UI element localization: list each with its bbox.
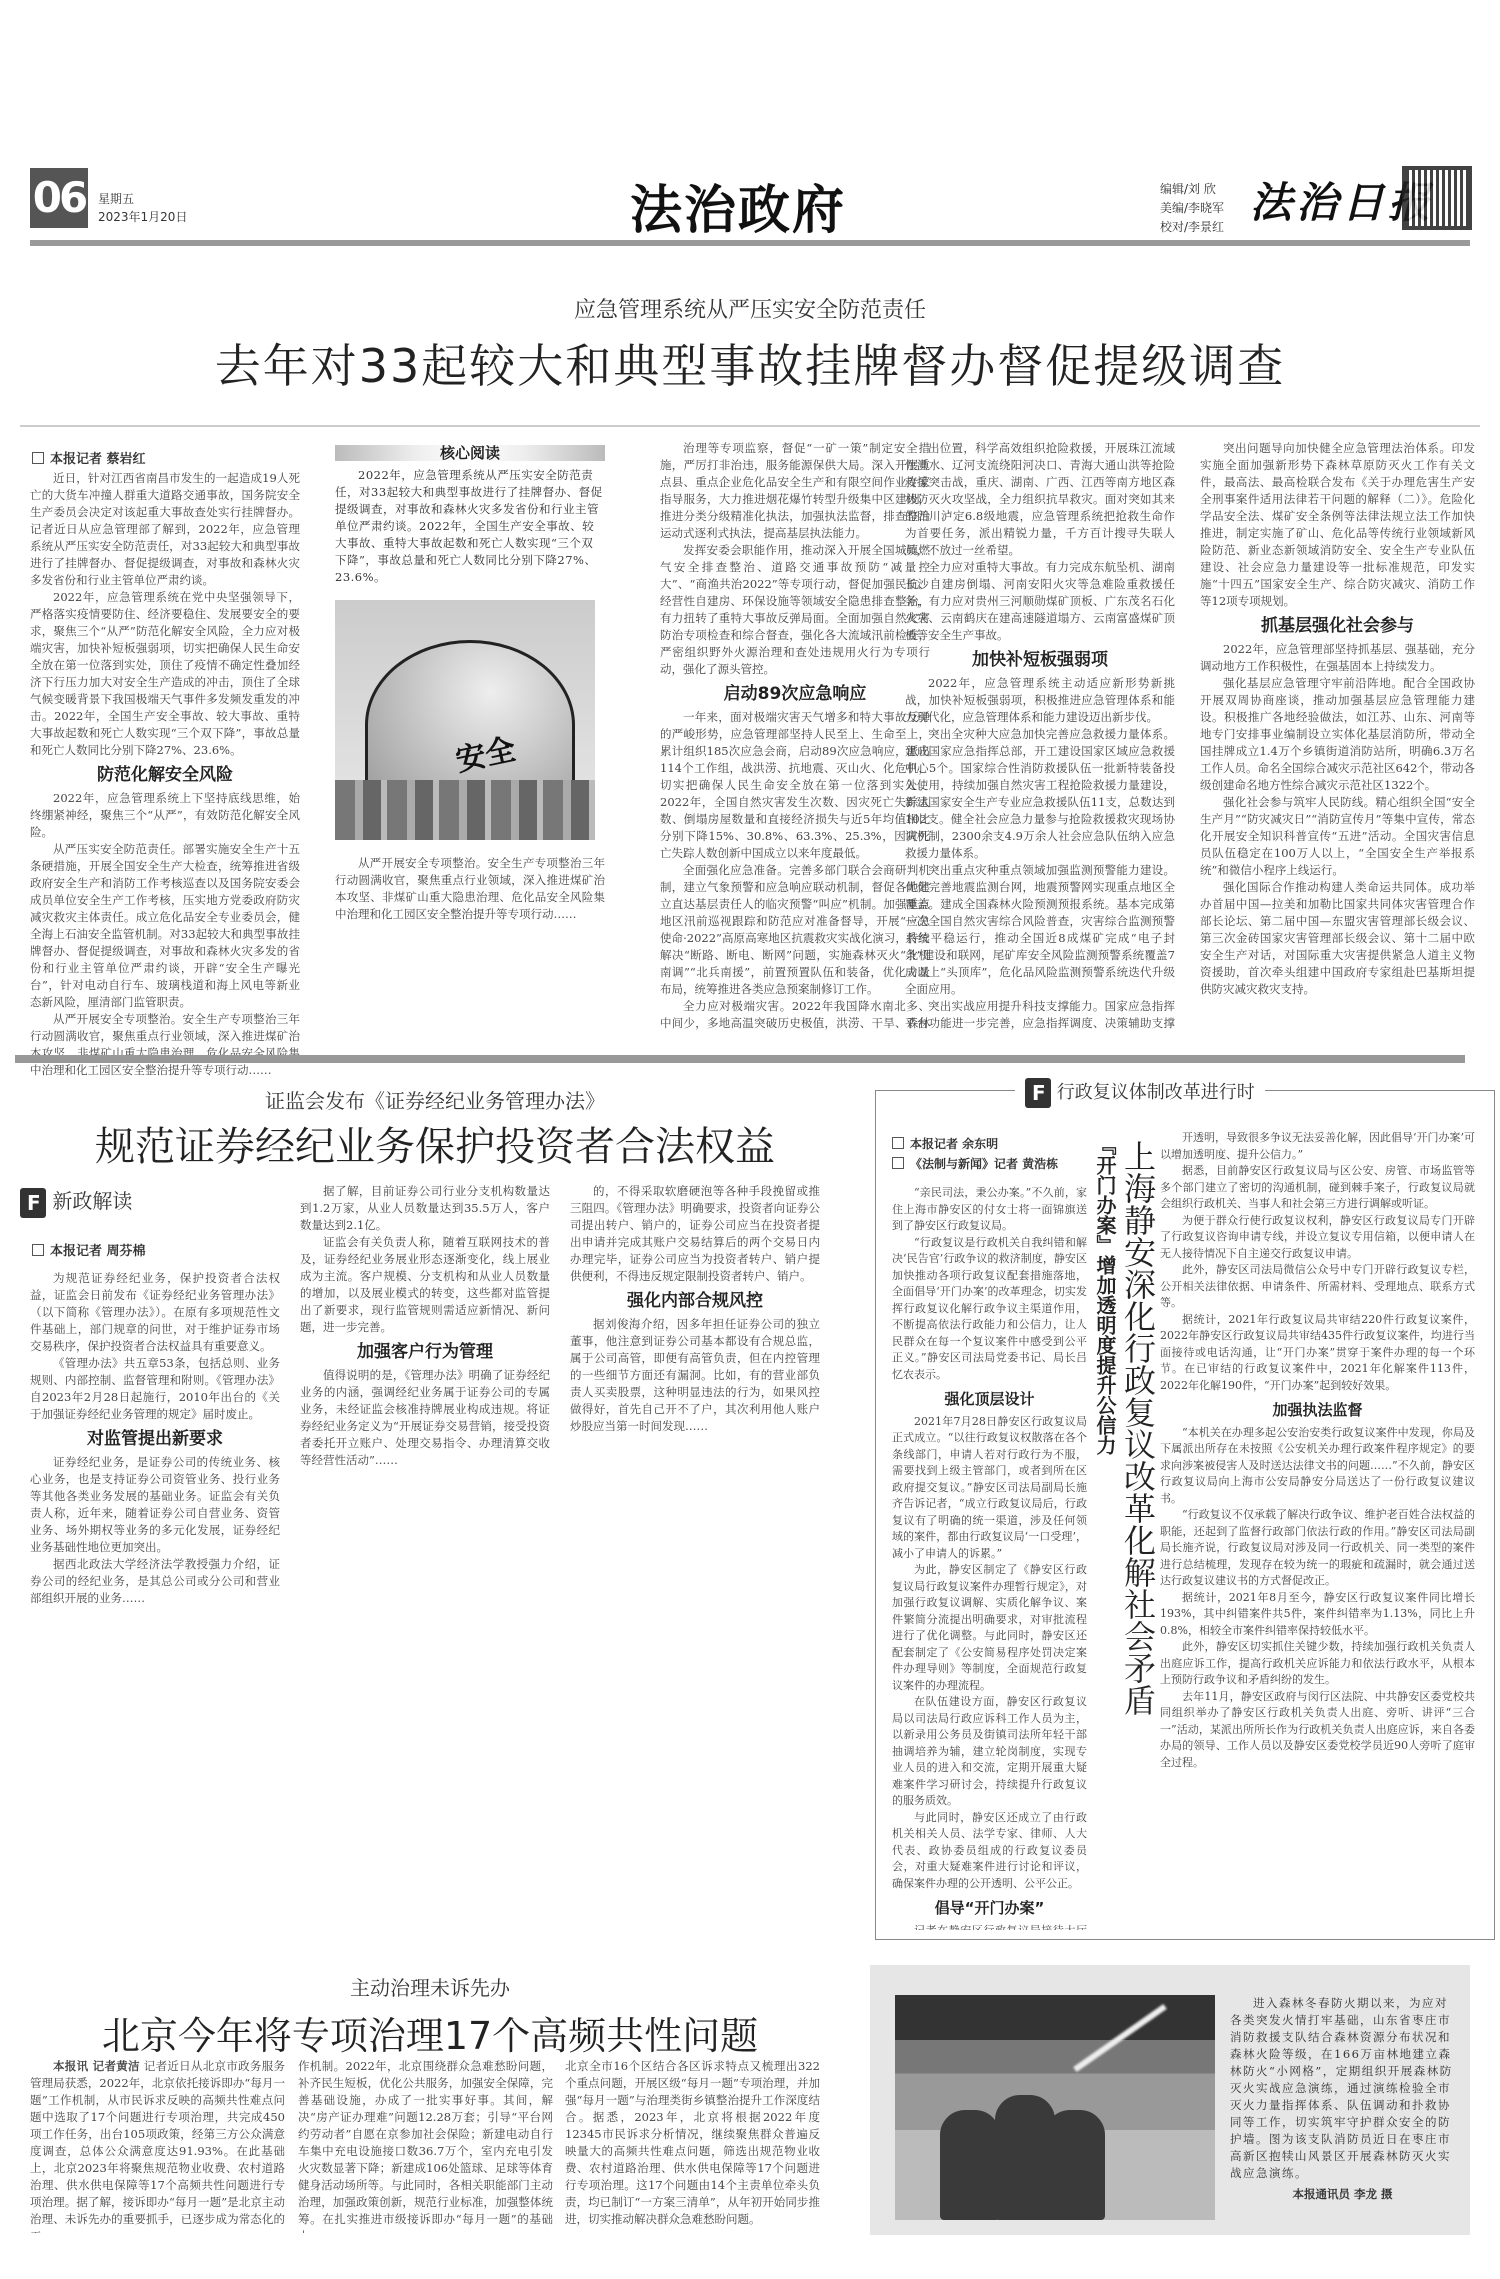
firefighter-drill-photo[interactable] xyxy=(895,1995,1215,2220)
core-reading-label: 核心阅读 xyxy=(335,445,605,461)
article1-kicker: 应急管理系统从严压实安全防范责任 xyxy=(0,293,1500,324)
paragraph: 记者近日从北京市政务服务管理局获悉，2022年，北京依托接诉即办“每月一题”工作… xyxy=(30,2059,285,2233)
proofreader-credit: 校对/李景红 xyxy=(1160,218,1224,237)
editor-credits: 编辑/刘 欣 美编/李晓军 校对/李景红 xyxy=(1160,180,1224,237)
paragraph: 强化基层应急管理守牢前沿阵地。配合全国政协开展双周协商座谈，推动加强基层应急管理… xyxy=(1200,675,1475,794)
paragraph: 2021年7月28日静安区行政复议局正式成立。“以往行政复议权散落在各个条线部门… xyxy=(892,1414,1087,1563)
editor-credit: 编辑/刘 欣 xyxy=(1160,180,1224,199)
caption-text: 进入森林冬春防火期以来，为应对各类突发火情打牢基础，山东省枣庄市消防救援支队结合… xyxy=(1230,1995,1455,2182)
paragraph: “亲民司法，秉公办案。”不久前，家住上海市静安区的付女士将一面锦旗送到了静安区行… xyxy=(892,1185,1087,1235)
paragraph: 北京全市16个区结合各区诉求特点又梳理出322个重点问题，开展区级“每月一题”专… xyxy=(565,2058,820,2228)
article2-column-2: 据了解，目前证券公司行业分支机构数量达到1.2万家，从业人员数量达到35.5万人… xyxy=(300,1183,550,1920)
subheading: 强化内部合规风控 xyxy=(570,1293,820,1310)
paragraph: 全面强化应急准备。完善多部门联合会商研判机制，建立气象预警和应急响应联动机制，督… xyxy=(660,862,930,998)
paragraph: 为规范证券经纪业务，保护投资者合法权益，证监会日前发布《证券经纪业务管理办法》（… xyxy=(30,1270,280,1355)
paragraph: 突出重点灾种重点领域加强监测预警能力建设。优化完善地震监测台网，地震预警网实现重… xyxy=(905,862,1175,998)
paragraph: 全力应对极端灾害。2022年我国降水南北多、中间少，多地高温突破历史极值，洪涝、… xyxy=(660,998,930,1030)
article1-column-2: 从严开展安全专项整治。安全生产专项整治三年行动圆满收官，聚焦重点行业领域，深入推… xyxy=(335,855,605,1030)
article1-column-5: 突出问题导向加快健全应急管理法治体系。印发实施全面加强新形势下森林草原防灭火工作… xyxy=(1200,440,1475,1030)
paragraph: 为此，静安区制定了《静安区行政复议局行政复议案件办理暂行规定》，对加强行政复议调… xyxy=(892,1562,1087,1694)
subheading: 强化顶层设计 xyxy=(892,1391,1087,1408)
column-logo-icon xyxy=(20,1188,46,1218)
qr-code-icon[interactable] xyxy=(1402,166,1472,230)
paragraph: 据悉，目前静安区行政复议局与区公安、房管、市场监管等多个部门建立了密切的沟通机制… xyxy=(1160,1163,1475,1213)
core-reading-text: 2022年，应急管理系统从严压实安全防范责任，对33起较大和典型事故进行了挂牌督… xyxy=(335,467,605,586)
subheading: 抓基层强化社会参与 xyxy=(1200,618,1475,635)
reform-tag-label: 行政复议体制改革进行时 xyxy=(1057,1082,1255,1103)
masthead: 06 星期五 2023年1月20日 法治政府 编辑/刘 欣 美编/李晓军 校对/… xyxy=(0,140,1500,260)
divider xyxy=(20,425,1480,427)
article3-column-2: 开透明，导致很多争议无法妥善化解，因此倡导‘开门办案’可以增加透明度、提升公信力… xyxy=(1160,1130,1475,1930)
photo-credit: 本报通讯员 李龙 摄 xyxy=(1230,2186,1455,2203)
paragraph: 突出全灾种大应急加快完善应急救援力量体系。建成国家应急指挥总部，开工建设国家区域… xyxy=(905,726,1175,862)
subheading: 防范化解安全风险 xyxy=(30,767,300,784)
article2-kicker: 证监会发布《证券经纪业务管理办法》 xyxy=(0,1085,870,1114)
article1-column-4: 出位置，科学高效组织抢险救援，开展珠江流域性洪水、辽河支流绕阳河决口、青海大通山… xyxy=(905,440,1175,1030)
article1-headline[interactable]: 去年对33起较大和典型事故挂牌督办督促提级调查 xyxy=(0,330,1500,396)
paragraph: 强化国际合作推动构建人类命运共同体。成功举办首届中国—拉美和加勒比国家共同体灾害… xyxy=(1200,879,1475,998)
paragraph: 为便于群众行使行政复议权利，静安区行政复议局专门开辟了行政复议咨询申请专线，并设… xyxy=(1160,1213,1475,1263)
paragraph: 从严开展安全专项整治。安全生产专项整治三年行动圆满收官，聚焦重点行业领域，深入推… xyxy=(30,1011,300,1079)
paragraph: 证券经纪业务，是证券公司的传统业务、核心业务，也是支持证券公司资管业务、投行业务… xyxy=(30,1454,280,1556)
paragraph: 强化社会参与筑牢人民防线。精心组织全国“安全生产月”“防灾减灾日”“消防宣传月”… xyxy=(1200,794,1475,879)
paragraph: 的，不得采取软磨硬泡等各种手段挽留或推三阻四。《管理办法》明确要求，投资者向证券… xyxy=(570,1183,820,1285)
paragraph: 在队伍建设方面，静安区行政复议局以司法局行政应诉科工作人员为主，以新录用公务员及… xyxy=(892,1694,1087,1810)
photo-caption: 进入森林冬春防火期以来，为应对各类突发火情打牢基础，山东省枣庄市消防救援支队结合… xyxy=(1230,1995,1455,2203)
paragraph: 从严压实安全防范责任。部署实施安全生产十五条硬措施，开展全国安全生产大检查，统筹… xyxy=(30,841,300,1011)
article2-column-1: 为规范证券经纪业务，保护投资者合法权益，证监会日前发布《证券经纪业务管理办法》（… xyxy=(30,1270,280,1920)
header-rule xyxy=(30,240,1470,246)
paragraph: 与此同时，静安区还成立了由行政机关相关人员、法学专家、律师、人大代表、政协委员组… xyxy=(892,1810,1087,1893)
page-date: 星期五 2023年1月20日 xyxy=(98,190,187,226)
article3-byline-2: 《法制与新闻》记者 黄浩栋 xyxy=(892,1155,1058,1172)
reform-section-tag: 行政复议体制改革进行时 xyxy=(1015,1078,1265,1108)
designer-credit: 美编/李晓军 xyxy=(1160,199,1224,218)
paragraph: 2022年，应急管理系统主动适应新形势新挑战，加快补短板强弱项，积极推进应急管理… xyxy=(905,675,1175,726)
paragraph: 据统计，2021年8月至今，静安区行政复议案件同比增长193%，其中纠错案件共5… xyxy=(1160,1590,1475,1640)
paragraph: 2022年，应急管理系统在党中央坚强领导下，严格落实疫情要防住、经济要稳住、发展… xyxy=(30,589,300,759)
column-tag-label: 新政解读 xyxy=(52,1189,132,1213)
subheading: 启动89次应急响应 xyxy=(660,686,930,703)
paragraph: 近日，针对江西省南昌市发生的一起造成19人死亡的大货车冲撞人群重大道路交通事故，… xyxy=(30,470,300,589)
paragraph: 去年11月，静安区政府与闵行区法院、中共静安区委党校共同组织举办了静安区行政机关… xyxy=(1160,1689,1475,1772)
paragraph: 据西北政法大学经济法学教授强力介绍，证券公司的经纪业务，是其总公司或分公司和营业… xyxy=(30,1556,280,1607)
safety-helmet-illustration: 安全 xyxy=(335,600,595,840)
firefighter-figure xyxy=(940,2110,1000,2220)
paragraph: 出位置，科学高效组织抢险救援，开展珠江流域性洪水、辽河支流绕阳河决口、青海大通山… xyxy=(905,440,1175,559)
weekday: 星期五 xyxy=(98,190,187,208)
article4-kicker: 主动治理未诉先办 xyxy=(0,1972,860,2001)
subheading: 倡导“开门办案” xyxy=(892,1900,1087,1917)
firefighter-figure xyxy=(1045,2110,1105,2220)
subheading: 加强客户行为管理 xyxy=(300,1344,550,1361)
column-logo-icon xyxy=(1025,1078,1051,1108)
paragraph: 突出问题导向加快健全应急管理法治体系。印发实施全面加强新形势下森林草原防灭火工作… xyxy=(1200,440,1475,610)
paragraph: 此外，静安区司法局微信公众号中专门开辟行政复议专栏，公开相关法律依据、申请条件、… xyxy=(1160,1262,1475,1312)
article4-headline[interactable]: 北京今年将专项治理17个高频共性问题 xyxy=(0,2005,860,2060)
paragraph: “本机关在办理多起公安治安类行政复议案件中发现，你局及下属派出所存在未按照《公安… xyxy=(1160,1425,1475,1508)
paragraph: 证监会有关负责人称，随着互联网技术的普及，证券经纪业务展业形态逐渐变化，线上展业… xyxy=(300,1234,550,1336)
paragraph: 作机制。2022年，北京围绕群众急难愁盼问题，补齐民生短板，优化公共服务，加强安… xyxy=(298,2058,553,2233)
article2-headline[interactable]: 规范证券经纪业务保护投资者合法权益 xyxy=(0,1115,870,1172)
article4-column-1: 本报讯 记者黄洁 记者近日从北京市政务服务管理局获悉，2022年，北京依托接诉即… xyxy=(30,2058,285,2233)
paragraph: 突出实战应用提升科技支撑能力。国家应急指挥平台功能进一步完善，应急指挥调度、决策… xyxy=(905,998,1175,1030)
core-reading-box: 核心阅读 2022年，应急管理系统从严压实安全防范责任，对33起较大和典型事故进… xyxy=(335,445,605,586)
article1-byline: 本报记者 蔡岩红 xyxy=(32,448,146,467)
paragraph: 一年来，面对极端灾害天气增多和特大事故反弹的严峻形势，应急管理部坚持人民至上、生… xyxy=(660,709,930,862)
article1-column-3: 治理等专项监察，督促“一矿一策”制定安全措施，严厉打非治违，服务能源保供大局。深… xyxy=(660,440,930,1030)
paragraph: 记者在静安区行政复议局接待大厅看到，这里除现场接待外，还设有案件听证室和远程视频… xyxy=(892,1923,1087,1931)
paragraph: “行政复议不仅承载了解决行政争议、维护老百姓合法权益的职能，还起到了监督行政部门… xyxy=(1160,1507,1475,1590)
paragraph: 2022年，应急管理系统上下坚持底线思维，始终绷紧神经，聚焦三个“从严”，有效防… xyxy=(30,790,300,841)
paragraph: 从严开展安全专项整治。安全生产专项整治三年行动圆满收官，聚焦重点行业领域，深入推… xyxy=(335,855,605,923)
article3-byline-1: 本报记者 余东明 xyxy=(892,1135,998,1152)
article3-subhead-vertical: 『开门办案』增加透明度提升公信力 xyxy=(1092,1135,1118,1455)
article2-column-3: 的，不得采取软磨硬泡等各种手段挽留或推三阻四。《管理办法》明确要求，投资者向证券… xyxy=(570,1183,820,1920)
water-spray-icon xyxy=(1073,2004,1167,2072)
dateline: 本报讯 记者黄洁 xyxy=(53,2059,140,2073)
article4-column-3: 北京全市16个区结合各区诉求特点又梳理出322个重点问题，开展区级“每月一题”专… xyxy=(565,2058,820,2233)
paragraph: 此外，静安区切实抓住关键少数，持续加强行政机关负责人出庭应诉工作，提高行政机关应… xyxy=(1160,1639,1475,1689)
section-divider xyxy=(15,1055,1465,1063)
paragraph: 治理等专项监察，督促“一矿一策”制定安全措施，严厉打非治违，服务能源保供大局。深… xyxy=(660,440,930,542)
paragraph: 据统计，2021年行政复议局共审结220件行政复议案件，2022年静安区行政复议… xyxy=(1160,1312,1475,1395)
subheading: 加快补短板强弱项 xyxy=(905,652,1175,669)
paragraph: 据了解，目前证券公司行业分支机构数量达到1.2万家，从业人员数量达到35.5万人… xyxy=(300,1183,550,1234)
date: 2023年1月20日 xyxy=(98,208,187,226)
article3-column-1: “亲民司法，秉公办案。”不久前，家住上海市静安区的付女士将一面锦旗送到了静安区行… xyxy=(892,1185,1087,1930)
paragraph: 《管理办法》共五章53条，包括总则、业务规则、内部控制、监督管理和附则。《管理办… xyxy=(30,1355,280,1423)
section-title: 法治政府 xyxy=(630,168,846,243)
subheading: 对监管提出新要求 xyxy=(30,1431,280,1448)
article1-column-1: 近日，针对江西省南昌市发生的一起造成19人死亡的大货车冲撞人群重大道路交通事故，… xyxy=(30,470,300,1079)
paragraph: 开透明，导致很多争议无法妥善化解，因此倡导‘开门办案’可以增加透明度、提升公信力… xyxy=(1160,1130,1475,1163)
column-tag: 新政解读 xyxy=(20,1185,132,1218)
paragraph: 发挥安委会职能作用，推动深入开展全国城镇燃气安全排查整治、道路交通事故预防“减量… xyxy=(660,542,930,678)
paragraph: 据刘俊海介绍，因多年担任证券公司的独立董事，他注意到证券公司基本都设有合规总监，… xyxy=(570,1316,820,1435)
article4-column-2: 作机制。2022年，北京围绕群众急难愁盼问题，补齐民生短板，优化公共服务，加强安… xyxy=(298,2058,553,2233)
paragraph: 2022年，应急管理部坚持抓基层、强基础，充分调动地方工作积极性，在强基固本上持… xyxy=(1200,641,1475,675)
city-skyline-icon xyxy=(335,780,595,840)
page-number: 06 xyxy=(30,168,88,228)
paragraph: “行政复议是行政机关自我纠错和解决‘民告官’行政争议的救济制度，静安区加快推动各… xyxy=(892,1235,1087,1384)
subheading: 加强执法监督 xyxy=(1160,1402,1475,1419)
paragraph: 值得说明的是，《管理办法》明确了证券经纪业务的内涵，强调经纪业务属于证券公司的专… xyxy=(300,1367,550,1469)
article2-byline: 本报记者 周芬棉 xyxy=(32,1240,146,1259)
paragraph: 全力应对重特大事故。有力完成东航坠机、湖南长沙自建房倒塌、河南安阳火灾等急难险重… xyxy=(905,559,1175,644)
article3-headline-vertical[interactable]: 上海静安深化行政复议改革化解社会矛盾 xyxy=(1118,1140,1158,1720)
